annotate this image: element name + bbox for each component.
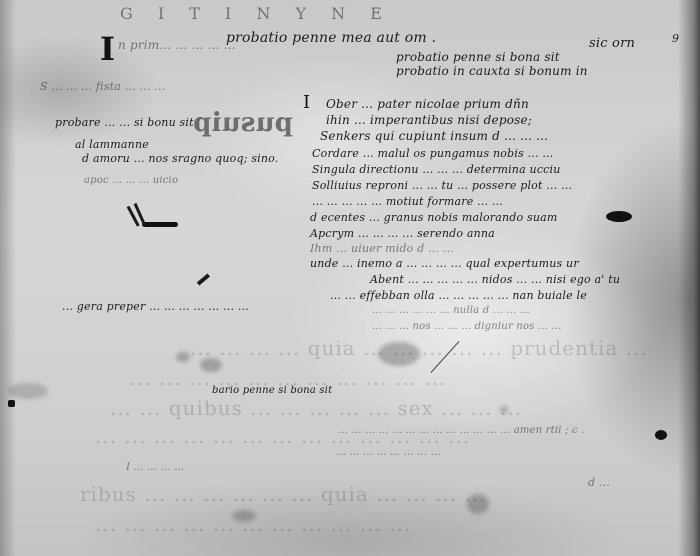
stain [500, 406, 508, 413]
pen-trial-right-1: probatio penne si bona sit [396, 50, 560, 64]
faded-header: G I T I N Y N E [120, 4, 392, 23]
left-block-line: al lammanne [75, 138, 149, 151]
main-text-line: Solliuius reproni ... ... tu ... possere… [312, 179, 572, 192]
mirrored-offset-word: pusuip [193, 108, 293, 138]
main-text-line: Senkers qui cupiunt insum d ... ... ... [320, 129, 548, 143]
main-text-line: ... ... effebban olla ... ... ... ... ..… [330, 289, 587, 302]
ink-stroke [197, 273, 210, 285]
middle-left-line: ... gera preper ... ... ... ... ... ... … [62, 300, 249, 313]
left-block-line: probare ... ... si bonu sit [55, 116, 194, 129]
ink-mark [8, 400, 15, 407]
main-text-line: Ihm ... uiuer mido d ... ... [310, 242, 454, 255]
page-right-edge-shadow [678, 0, 700, 556]
main-text-line: Abent ... ... ... ... ... nidos ... ... … [370, 273, 620, 286]
left-block-top-line: S ... ... ... fista ... ... ... [40, 80, 165, 93]
manuscript-page: ... ... ... ... quia ... ... ... ... ...… [0, 0, 700, 556]
main-text-line: Singula directionu ... ... ... determina… [312, 163, 561, 176]
pen-trial-right-2: probatio in cauxta si bonum in [396, 64, 588, 78]
main-text-line: ... ... ... ... ... motiut formare ... .… [312, 195, 503, 208]
main-text-line: ... ... ... nos ... ... ... digniur nos … [372, 321, 562, 332]
left-block-line: d amoru ... nos sragno quoq; sino. [82, 152, 279, 165]
main-text-line: unde ... inemo a ... ... ... ... qual ex… [310, 257, 579, 270]
stain [467, 494, 489, 514]
main-text-line: Cordare ... malul os pungamus nobis ... … [312, 147, 553, 160]
right-note: sic orn [589, 36, 635, 51]
main-text-line: d ecentes ... granus nobis malorando sua… [310, 211, 558, 224]
lower-line-b: ... ... ... ... ... ... ... ... [336, 447, 441, 458]
left-block-line: apoc ... ... ... uicio [84, 175, 178, 186]
ink-stroke-mark [142, 222, 178, 227]
stain [176, 352, 190, 362]
show-through-line: ribus ... ... ... ... ... ... quia ... .… [80, 482, 487, 506]
ink-blot [655, 430, 667, 440]
right-note-mark: 9 [672, 32, 679, 45]
main-initial: I [303, 92, 310, 113]
lower-left-mark: I ... ... ... ... [126, 462, 184, 473]
main-text-line: ihin ... imperantibus nisi depose; [326, 113, 532, 127]
stain [8, 383, 48, 399]
initial-letter: I [100, 30, 115, 68]
stain [232, 510, 256, 522]
lower-line-a: ... ... ... ... ... ... ... ... ... ... … [338, 425, 585, 436]
lower-right-mark: d ... [588, 476, 610, 489]
stain [200, 358, 222, 372]
first-line-faded: n prim... ... ... ... ... [118, 38, 236, 52]
main-text-line: Apcrym ... ... ... ... serendo anna [310, 227, 495, 240]
main-text-line: ... ... ... ... ... ... nulla d ... ... … [372, 305, 530, 316]
ink-blot [606, 211, 632, 222]
page-left-shadow [0, 0, 16, 556]
pen-trial-lower: bario penne si bona sit [212, 385, 332, 396]
main-text-line: Ober ... pater nicolae prium dñn [326, 97, 529, 111]
pen-trial-top: probatio penne mea aut om . [226, 30, 436, 46]
show-through-line: ... ... quibus ... ... ... ... ... sex .… [110, 396, 522, 420]
stain [378, 342, 420, 366]
